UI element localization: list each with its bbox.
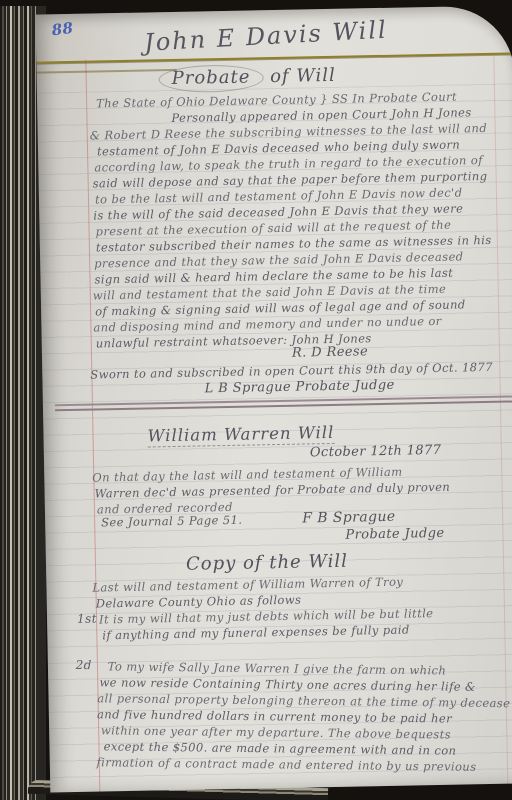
item-number: 2d — [76, 658, 92, 672]
page-title: John E Davis Will — [105, 14, 426, 59]
witness-signature: R. D Reese — [292, 344, 368, 360]
warren-heading: William Warren Will — [147, 423, 334, 448]
page-number: 88 — [51, 19, 75, 40]
probate-heading-rest: of Will — [270, 65, 336, 87]
item-number: 1st — [77, 612, 97, 626]
warren-date: October 12th 1877 — [310, 443, 442, 461]
record-book-page: 88 John E Davis Will Probate of Will The… — [35, 5, 512, 792]
scanned-probate-record-page: 88 John E Davis Will Probate of Will The… — [0, 0, 512, 800]
probate-body: The State of Ohio Delaware County } SS I… — [83, 88, 494, 352]
journal-reference: See Journal 5 Page 51. — [101, 513, 242, 530]
probate-heading: Probate of Will — [158, 65, 335, 89]
bequest-item-1: It is my will that my just debts which w… — [99, 605, 434, 643]
warren-judge-title: Probate Judge — [345, 526, 444, 543]
warren-body: On that day the last will and testament … — [92, 463, 450, 518]
title-rule-secondary — [37, 69, 177, 74]
warren-judge-signature: F B Sprague — [302, 509, 395, 527]
copy-heading: Copy of the Will — [186, 551, 348, 575]
bequest-item-2: 2d To my wife Sally Jane Warren I give t… — [74, 658, 510, 775]
